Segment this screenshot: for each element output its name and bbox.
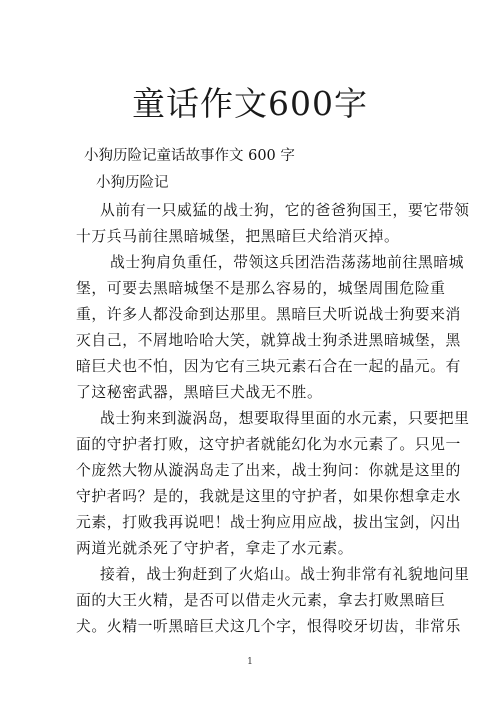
story-title: 小狗历险记 (96, 173, 169, 193)
text-line: 战士狗肩负重任，带领这兵团浩浩荡荡地前往黑暗城 (76, 250, 436, 276)
text-line: 接着，战士狗赶到了火焰山。战士狗非常有礼貌地问里 (76, 562, 436, 588)
text-line: 战士狗来到漩涡岛，想要取得里面的水元素，只要把里 (76, 406, 436, 432)
text-line: 犬。火精一听黑暗巨犬这几个字，恨得咬牙切齿，非常乐 (76, 614, 436, 640)
document-title: 童话作文600字 (0, 84, 500, 124)
text-line: 个庞然大物从漩涡岛走了出来，战士狗问：你就是这里的 (76, 458, 436, 484)
story-body: 从前有一只威猛的战士狗，它的爸爸狗国王，要它带领 十万兵马前往黑暗城堡，把黑暗巨… (76, 198, 436, 640)
text-line: 暗巨犬也不怕，因为它有三块元素石合在一起的晶元。有 (76, 354, 436, 380)
text-line: 面的大王火精，是否可以借走火元素，拿去打败黑暗巨 (76, 588, 436, 614)
text-line: 灭自己，不屑地哈哈大笑，就算战士狗杀进黑暗城堡，黑 (76, 328, 436, 354)
text-line: 十万兵马前往黑暗城堡，把黑暗巨犬给消灭掉。 (76, 224, 436, 250)
text-line: 两道光就杀死了守护者，拿走了水元素。 (76, 536, 436, 562)
document-page: 童话作文600字 小狗历险记童话故事作文 600 字 小狗历险记 从前有一只威猛… (0, 0, 500, 707)
text-line: 面的守护者打败，这守护者就能幻化为水元素了。只见一 (76, 432, 436, 458)
text-line: 从前有一只威猛的战士狗，它的爸爸狗国王，要它带领 (76, 198, 436, 224)
text-line: 守护者吗？是的，我就是这里的守护者，如果你想拿走水 (76, 484, 436, 510)
page-number: 1 (0, 656, 500, 668)
text-line: 元素，打败我再说吧！战士狗应用应战，拔出宝剑，闪出 (76, 510, 436, 536)
text-line: 了这秘密武器，黑暗巨犬战无不胜。 (76, 380, 436, 406)
document-subtitle: 小狗历险记童话故事作文 600 字 (84, 146, 295, 166)
text-line: 重，许多人都没命到达那里。黑暗巨犬听说战士狗要来消 (76, 302, 436, 328)
text-line: 堡，可要去黑暗城堡不是那么容易的，城堡周围危险重 (76, 276, 436, 302)
